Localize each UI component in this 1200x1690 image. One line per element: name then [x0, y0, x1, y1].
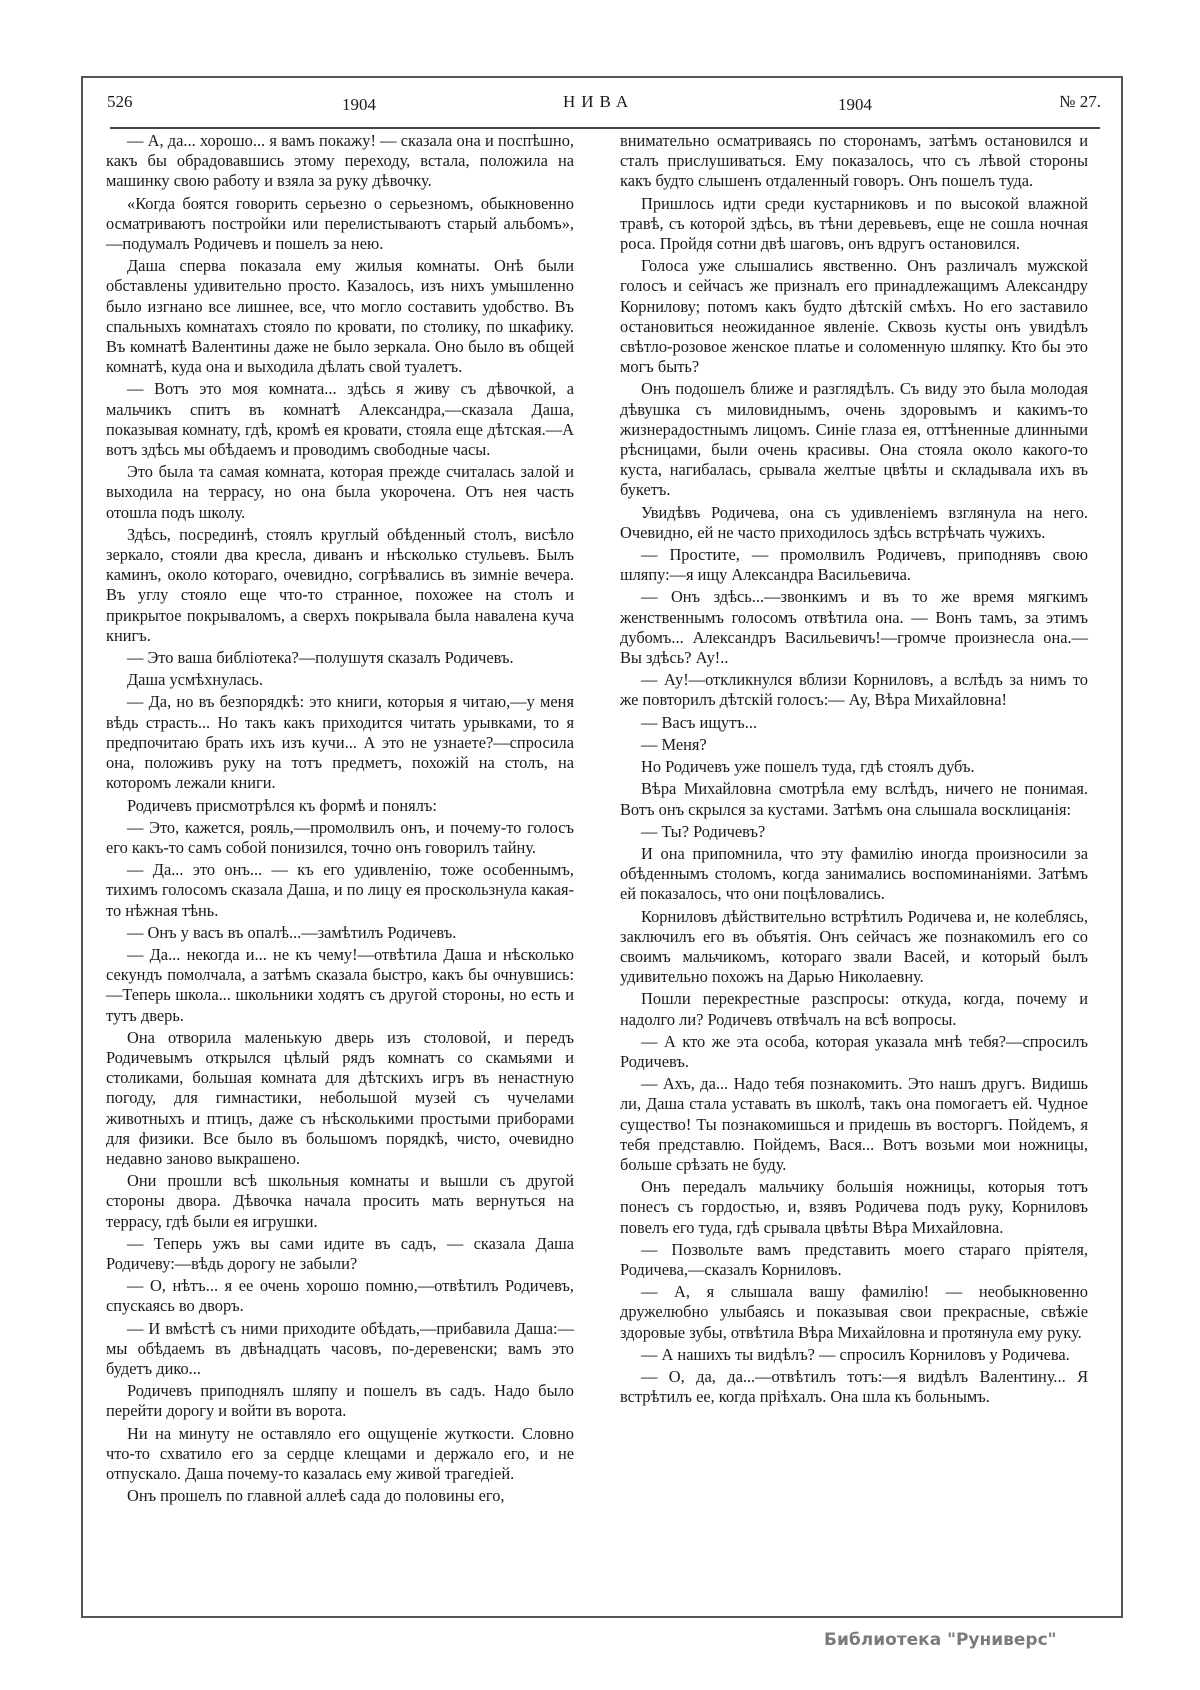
paragraph: Вѣра Михайловна смотрѣла ему вслѣдъ, нич… — [620, 779, 1088, 819]
paragraph: внимательно осматриваясь по сторонамъ, з… — [620, 131, 1088, 192]
paragraph: — Онъ у васъ въ опалѣ...—замѣтилъ Родиче… — [106, 923, 574, 943]
issue-number: № 27. — [1059, 92, 1101, 112]
paragraph: — Это ваша библіотека?—полушутя сказалъ … — [106, 648, 574, 668]
journal-title: НИВА — [563, 92, 634, 112]
paragraph: — А нашихъ ты видѣлъ? — спросилъ Корнило… — [620, 1345, 1088, 1365]
paragraph: Родичевъ приподнялъ шляпу и пошелъ въ са… — [106, 1381, 574, 1421]
page-header: 526 1904 НИВА 1904 № 27. — [105, 92, 1105, 120]
paragraph: — Да... это онъ... — къ его удивленію, т… — [106, 860, 574, 921]
paragraph: Родичевъ присмотрѣлся къ формѣ и понялъ: — [106, 796, 574, 816]
paragraph: — Онъ здѣсь...—звонкимъ и въ то же время… — [620, 587, 1088, 668]
paragraph: Но Родичевъ уже пошелъ туда, гдѣ стоялъ … — [620, 757, 1088, 777]
text-column-left: — А, да... хорошо... я вамъ покажу! — ск… — [106, 131, 574, 1508]
paragraph: Онъ передалъ мальчику большія ножницы, к… — [620, 1177, 1088, 1238]
paragraph: — Вотъ это моя комната... здѣсь я живу с… — [106, 379, 574, 460]
paragraph: Пошли перекрестные разспросы: откуда, ко… — [620, 989, 1088, 1029]
paragraph: — Позвольте вамъ представить моего стара… — [620, 1240, 1088, 1280]
paragraph: Пришлось идти среди кустарниковъ и по вы… — [620, 194, 1088, 255]
paragraph: Даша усмѣхнулась. — [106, 670, 574, 690]
paragraph: Она отворила маленькую дверь изъ столово… — [106, 1028, 574, 1169]
paragraph: — Васъ ищутъ... — [620, 713, 1088, 733]
paragraph: — И вмѣстѣ съ ними приходите обѣдать,—пр… — [106, 1319, 574, 1380]
year-right: 1904 — [838, 95, 872, 115]
paragraph: — Это, кажется, рояль,—промолвилъ онъ, и… — [106, 818, 574, 858]
paragraph: Ни на минуту не оставляло его ощущеніе ж… — [106, 1424, 574, 1485]
text-column-right: внимательно осматриваясь по сторонамъ, з… — [620, 131, 1088, 1409]
library-watermark: Библиотека "Руниверс" — [824, 1630, 1057, 1650]
paragraph: — Да, но въ безпорядкѣ: это книги, котор… — [106, 692, 574, 793]
paragraph: — А, я слышала вашу фамилію! — необыкнов… — [620, 1282, 1088, 1343]
paragraph: — А кто же эта особа, которая указала мн… — [620, 1032, 1088, 1072]
paragraph: Это была та самая комната, которая прежд… — [106, 462, 574, 523]
paragraph: Онъ подошелъ ближе и разглядѣлъ. Съ виду… — [620, 379, 1088, 500]
paragraph: Увидѣвъ Родичева, она съ удивленіемъ взг… — [620, 503, 1088, 543]
paragraph: — Ау!—откликнулся вблизи Корниловъ, а вс… — [620, 670, 1088, 710]
paragraph: — О, да, да...—отвѣтилъ тотъ:—я видѣлъ В… — [620, 1367, 1088, 1407]
paragraph: — Ахъ, да... Надо тебя познакомить. Это … — [620, 1074, 1088, 1175]
paragraph: — А, да... хорошо... я вамъ покажу! — ск… — [106, 131, 574, 192]
paragraph: — Теперь ужъ вы сами идите въ садъ, — ск… — [106, 1234, 574, 1274]
year-left: 1904 — [342, 95, 376, 115]
paragraph: — Да... некогда и... не къ чему!—отвѣтил… — [106, 945, 574, 1026]
paragraph: «Когда боятся говорить серьезно о серьез… — [106, 194, 574, 255]
paragraph: — Меня? — [620, 735, 1088, 755]
page-number: 526 — [107, 92, 133, 112]
paragraph: Они прошли всѣ школьныя комнаты и вышли … — [106, 1171, 574, 1232]
paragraph: Здѣсь, посрединѣ, стоялъ круглый обѣденн… — [106, 525, 574, 646]
paragraph: — Ты? Родичевъ? — [620, 822, 1088, 842]
paragraph: — О, нѣтъ... я ее очень хорошо помню,—от… — [106, 1276, 574, 1316]
paragraph: Даша сперва показала ему жилыя комнаты. … — [106, 256, 574, 377]
paragraph: И она припомнила, что эту фамилію иногда… — [620, 844, 1088, 905]
paragraph: Онъ прошелъ по главной аллеѣ сада до пол… — [106, 1486, 574, 1506]
header-divider — [110, 127, 1100, 129]
paragraph: — Простите, — промолвилъ Родичевъ, припо… — [620, 545, 1088, 585]
paragraph: Корниловъ дѣйствительно встрѣтилъ Родиче… — [620, 907, 1088, 988]
paragraph: Голоса уже слышались явственно. Онъ разл… — [620, 256, 1088, 377]
